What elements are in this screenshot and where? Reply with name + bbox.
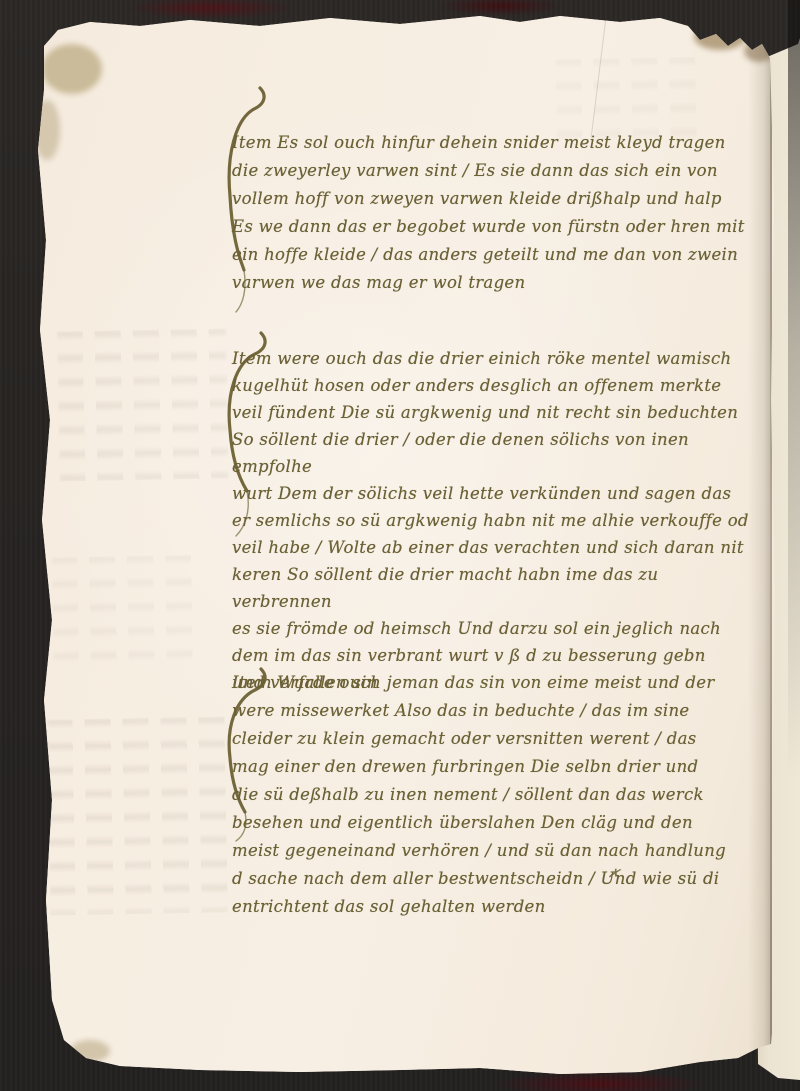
- handwritten-paragraph-3: Item Wurde ouch jeman das sin von eime m…: [232, 669, 752, 921]
- manuscript-page: Item Es sol ouch hinfur dehein snider me…: [0, 0, 800, 1091]
- gutter-shadow: [788, 0, 800, 780]
- manuscript-photo: Item Es sol ouch hinfur dehein snider me…: [0, 0, 800, 1091]
- gutter-fold-line: [770, 44, 772, 1048]
- handwritten-paragraph-2: Item were ouch das die drier einich röke…: [232, 345, 752, 696]
- stain-top-left: [42, 44, 102, 94]
- gutter-fold-shadow: [748, 40, 772, 1050]
- handwritten-paragraph-1: Item Es sol ouch hinfur dehein snider me…: [232, 129, 752, 297]
- verso-showthrough-mid-left: [51, 555, 203, 678]
- verso-showthrough-upper-left: [57, 329, 230, 482]
- verso-showthrough-lower-left: [46, 716, 235, 915]
